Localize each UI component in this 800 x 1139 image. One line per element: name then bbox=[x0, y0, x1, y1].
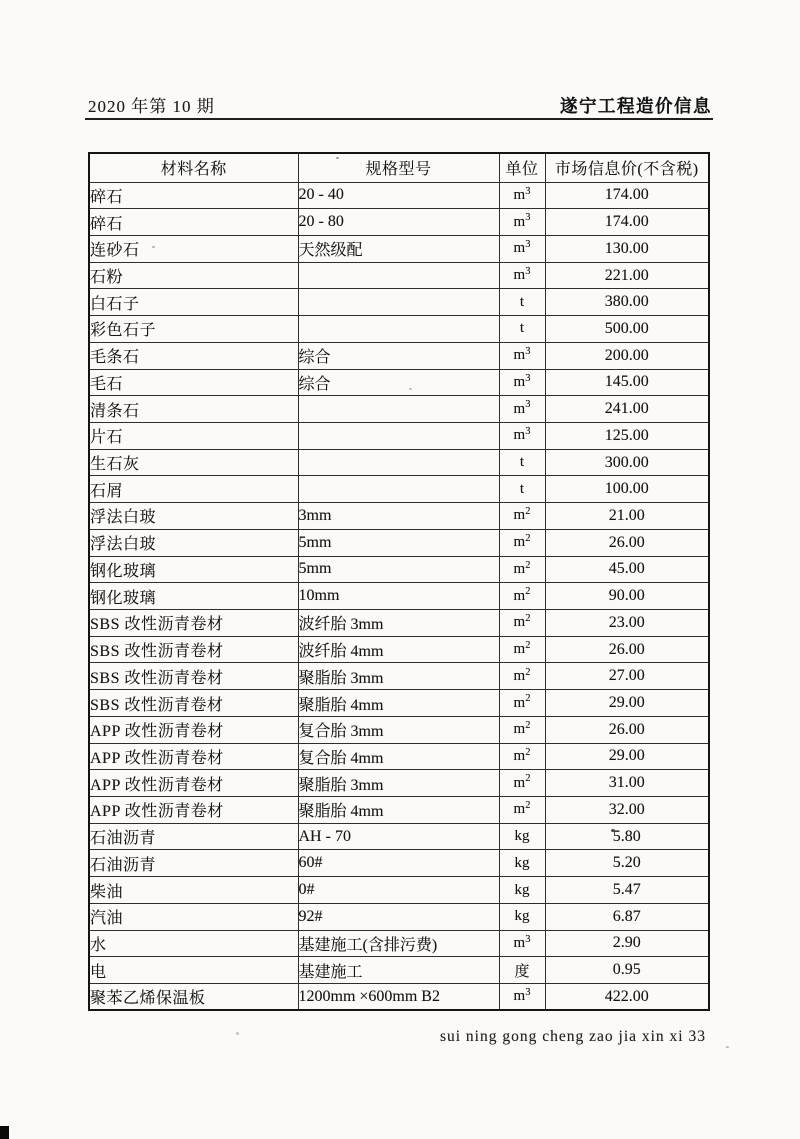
spec-cell bbox=[298, 422, 499, 449]
table-row: 连砂石天然级配m3130.00 bbox=[89, 235, 709, 262]
table-row: 生石灰t300.00 bbox=[89, 449, 709, 476]
table-row: 浮法白玻3mmm221.00 bbox=[89, 503, 709, 530]
material-name-cell: 柴油 bbox=[89, 877, 298, 904]
price-cell: 145.00 bbox=[545, 369, 709, 396]
table-row: 碎石20 - 40m3174.00 bbox=[89, 182, 709, 209]
table-row: SBS 改性沥青卷材波纤胎 3mmm223.00 bbox=[89, 610, 709, 637]
price-cell: 27.00 bbox=[545, 663, 709, 690]
spec-cell: 基建施工 bbox=[298, 957, 499, 984]
unit-cell: m3 bbox=[499, 369, 545, 396]
spec-cell: 聚脂胎 4mm bbox=[298, 797, 499, 824]
page-footer: sui ning gong cheng zao jia xin xi 33 bbox=[440, 1028, 706, 1046]
price-cell: 5.47 bbox=[545, 877, 709, 904]
price-cell: 100.00 bbox=[545, 476, 709, 503]
unit-cell: m3 bbox=[499, 209, 545, 236]
spec-cell: 5mm bbox=[298, 556, 499, 583]
table-row: 浮法白玻5mmm226.00 bbox=[89, 529, 709, 556]
table-row: 毛条石综合m3200.00 bbox=[89, 342, 709, 369]
unit-exponent: 2 bbox=[525, 747, 530, 758]
scan-speck bbox=[611, 829, 615, 832]
spec-cell: 复合胎 4mm bbox=[298, 743, 499, 770]
unit-exponent: 2 bbox=[525, 560, 530, 571]
spec-cell: 聚脂胎 4mm bbox=[298, 690, 499, 717]
material-name-cell: 白石子 bbox=[89, 289, 298, 316]
table-row: 清条石m3241.00 bbox=[89, 396, 709, 423]
spec-cell: 天然级配 bbox=[298, 235, 499, 262]
spec-cell: 聚脂胎 3mm bbox=[298, 770, 499, 797]
table-row: SBS 改性沥青卷材波纤胎 4mmm226.00 bbox=[89, 636, 709, 663]
col-header-spec: 规格型号 bbox=[298, 153, 499, 182]
material-name-cell: SBS 改性沥青卷材 bbox=[89, 690, 298, 717]
price-cell: 2.90 bbox=[545, 930, 709, 957]
unit-exponent: 2 bbox=[525, 773, 530, 784]
table-row: APP 改性沥青卷材聚脂胎 3mmm231.00 bbox=[89, 770, 709, 797]
price-cell: 5.80 bbox=[545, 823, 709, 850]
unit-cell: m2 bbox=[499, 663, 545, 690]
price-cell: 0.95 bbox=[545, 957, 709, 984]
unit-exponent: 3 bbox=[525, 239, 530, 250]
price-cell: 32.00 bbox=[545, 797, 709, 824]
table-row: 汽油92#kg6.87 bbox=[89, 903, 709, 930]
unit-exponent: 3 bbox=[525, 399, 530, 410]
scan-speck bbox=[336, 157, 339, 159]
spec-cell bbox=[298, 289, 499, 316]
material-name-cell: SBS 改性沥青卷材 bbox=[89, 636, 298, 663]
publication-title: 遂宁工程造价信息 bbox=[560, 93, 712, 118]
spec-cell: 综合 bbox=[298, 342, 499, 369]
price-cell: 241.00 bbox=[545, 396, 709, 423]
price-cell: 422.00 bbox=[545, 984, 709, 1011]
material-name-cell: 碎石 bbox=[89, 209, 298, 236]
unit-cell: m2 bbox=[499, 556, 545, 583]
unit-cell: m2 bbox=[499, 743, 545, 770]
table-row: 水基建施工(含排污费)m32.90 bbox=[89, 930, 709, 957]
unit-cell: m3 bbox=[499, 342, 545, 369]
table-row: 钢化玻璃5mmm245.00 bbox=[89, 556, 709, 583]
material-name-cell: 彩色石子 bbox=[89, 316, 298, 343]
material-name-cell: 石粉 bbox=[89, 262, 298, 289]
spec-cell bbox=[298, 449, 499, 476]
table-row: SBS 改性沥青卷材聚脂胎 3mmm227.00 bbox=[89, 663, 709, 690]
spec-cell bbox=[298, 396, 499, 423]
price-cell: 221.00 bbox=[545, 262, 709, 289]
unit-exponent: 3 bbox=[525, 373, 530, 384]
unit-cell: kg bbox=[499, 903, 545, 930]
col-header-price: 市场信息价(不含税) bbox=[545, 153, 709, 182]
unit-cell: m3 bbox=[499, 984, 545, 1011]
unit-cell: m2 bbox=[499, 797, 545, 824]
spec-cell: 5mm bbox=[298, 529, 499, 556]
table-header: 材料名称 规格型号 单位 市场信息价(不含税) bbox=[89, 153, 709, 182]
material-name-cell: SBS 改性沥青卷材 bbox=[89, 610, 298, 637]
unit-cell: m3 bbox=[499, 235, 545, 262]
unit-exponent: 3 bbox=[525, 987, 530, 998]
price-cell: 26.00 bbox=[545, 716, 709, 743]
material-name-cell: SBS 改性沥青卷材 bbox=[89, 663, 298, 690]
table-row: APP 改性沥青卷材聚脂胎 4mmm232.00 bbox=[89, 797, 709, 824]
running-head: 2020 年第 10 期 遂宁工程造价信息 bbox=[88, 92, 712, 116]
spec-cell: 综合 bbox=[298, 369, 499, 396]
material-name-cell: 片石 bbox=[89, 422, 298, 449]
unit-cell: t bbox=[499, 476, 545, 503]
material-name-cell: 水 bbox=[89, 930, 298, 957]
unit-exponent: 2 bbox=[525, 720, 530, 731]
scanner-corner-mark bbox=[0, 1126, 9, 1139]
spec-cell: 20 - 40 bbox=[298, 182, 499, 209]
scan-speck bbox=[726, 1046, 729, 1048]
spec-cell: 10mm bbox=[298, 583, 499, 610]
spec-cell: 60# bbox=[298, 850, 499, 877]
price-cell: 200.00 bbox=[545, 342, 709, 369]
material-name-cell: 毛条石 bbox=[89, 342, 298, 369]
unit-cell: m2 bbox=[499, 610, 545, 637]
table-row: 石屑t100.00 bbox=[89, 476, 709, 503]
unit-exponent: 2 bbox=[525, 533, 530, 544]
table-row: 白石子t380.00 bbox=[89, 289, 709, 316]
spec-cell: 1200mm ×600mm B2 bbox=[298, 984, 499, 1011]
spec-cell: 92# bbox=[298, 903, 499, 930]
material-name-cell: APP 改性沥青卷材 bbox=[89, 770, 298, 797]
scanned-page: 2020 年第 10 期 遂宁工程造价信息 材料名称 规格型号 单位 市场信息价… bbox=[0, 0, 800, 1139]
spec-cell: 3mm bbox=[298, 503, 499, 530]
material-name-cell: APP 改性沥青卷材 bbox=[89, 797, 298, 824]
unit-cell: m3 bbox=[499, 396, 545, 423]
material-name-cell: 连砂石 bbox=[89, 235, 298, 262]
spec-cell bbox=[298, 262, 499, 289]
price-cell: 380.00 bbox=[545, 289, 709, 316]
table-row: 碎石20 - 80m3174.00 bbox=[89, 209, 709, 236]
price-cell: 29.00 bbox=[545, 690, 709, 717]
spec-cell bbox=[298, 316, 499, 343]
price-cell: 6.87 bbox=[545, 903, 709, 930]
scan-speck bbox=[152, 246, 155, 248]
price-cell: 500.00 bbox=[545, 316, 709, 343]
spec-cell: 波纤胎 3mm bbox=[298, 610, 499, 637]
material-name-cell: 浮法白玻 bbox=[89, 503, 298, 530]
table-row: 彩色石子t500.00 bbox=[89, 316, 709, 343]
unit-cell: m2 bbox=[499, 690, 545, 717]
unit-cell: m2 bbox=[499, 716, 545, 743]
unit-cell: m3 bbox=[499, 422, 545, 449]
spec-cell: 0# bbox=[298, 877, 499, 904]
table-row: APP 改性沥青卷材复合胎 4mmm229.00 bbox=[89, 743, 709, 770]
unit-cell: t bbox=[499, 289, 545, 316]
material-name-cell: 生石灰 bbox=[89, 449, 298, 476]
unit-cell: 度 bbox=[499, 957, 545, 984]
unit-cell: kg bbox=[499, 850, 545, 877]
unit-exponent: 2 bbox=[525, 640, 530, 651]
material-name-cell: 钢化玻璃 bbox=[89, 556, 298, 583]
price-cell: 174.00 bbox=[545, 209, 709, 236]
price-cell: 130.00 bbox=[545, 235, 709, 262]
unit-cell: m2 bbox=[499, 503, 545, 530]
unit-cell: m3 bbox=[499, 930, 545, 957]
unit-exponent: 2 bbox=[525, 667, 530, 678]
spec-cell bbox=[298, 476, 499, 503]
col-header-unit: 单位 bbox=[499, 153, 545, 182]
header-rule bbox=[85, 118, 713, 120]
price-cell: 125.00 bbox=[545, 422, 709, 449]
table-header-row: 材料名称 规格型号 单位 市场信息价(不含税) bbox=[89, 153, 709, 182]
price-cell: 29.00 bbox=[545, 743, 709, 770]
unit-cell: m3 bbox=[499, 182, 545, 209]
material-name-cell: 石屑 bbox=[89, 476, 298, 503]
scan-speck bbox=[409, 388, 412, 390]
material-name-cell: 碎石 bbox=[89, 182, 298, 209]
unit-cell: kg bbox=[499, 823, 545, 850]
material-name-cell: 聚苯乙烯保温板 bbox=[89, 984, 298, 1011]
unit-exponent: 3 bbox=[525, 186, 530, 197]
table-row: 电基建施工度0.95 bbox=[89, 957, 709, 984]
price-cell: 21.00 bbox=[545, 503, 709, 530]
price-cell: 5.20 bbox=[545, 850, 709, 877]
material-name-cell: 电 bbox=[89, 957, 298, 984]
unit-cell: m2 bbox=[499, 583, 545, 610]
price-cell: 26.00 bbox=[545, 636, 709, 663]
table-row: 石油沥青AH - 70kg5.80 bbox=[89, 823, 709, 850]
scan-speck bbox=[236, 1032, 239, 1035]
table-row: 聚苯乙烯保温板1200mm ×600mm B2m3422.00 bbox=[89, 984, 709, 1011]
material-name-cell: 浮法白玻 bbox=[89, 529, 298, 556]
unit-exponent: 2 bbox=[525, 506, 530, 517]
unit-cell: kg bbox=[499, 877, 545, 904]
price-cell: 31.00 bbox=[545, 770, 709, 797]
material-name-cell: 清条石 bbox=[89, 396, 298, 423]
spec-cell: 波纤胎 4mm bbox=[298, 636, 499, 663]
material-name-cell: 石油沥青 bbox=[89, 823, 298, 850]
unit-exponent: 2 bbox=[525, 800, 530, 811]
unit-exponent: 3 bbox=[525, 212, 530, 223]
unit-cell: m3 bbox=[499, 262, 545, 289]
unit-exponent: 3 bbox=[525, 934, 530, 945]
unit-cell: t bbox=[499, 449, 545, 476]
table-row: 钢化玻璃10mmm290.00 bbox=[89, 583, 709, 610]
table-row: 毛石综合m3145.00 bbox=[89, 369, 709, 396]
price-cell: 300.00 bbox=[545, 449, 709, 476]
material-name-cell: 汽油 bbox=[89, 903, 298, 930]
material-name-cell: 石油沥青 bbox=[89, 850, 298, 877]
table-body: 碎石20 - 40m3174.00碎石20 - 80m3174.00连砂石天然级… bbox=[89, 182, 709, 1010]
material-name-cell: 毛石 bbox=[89, 369, 298, 396]
spec-cell: 20 - 80 bbox=[298, 209, 499, 236]
spec-cell: 复合胎 3mm bbox=[298, 716, 499, 743]
issue-label: 2020 年第 10 期 bbox=[88, 92, 215, 117]
price-cell: 174.00 bbox=[545, 182, 709, 209]
unit-cell: m2 bbox=[499, 529, 545, 556]
material-price-table: 材料名称 规格型号 单位 市场信息价(不含税) 碎石20 - 40m3174.0… bbox=[88, 152, 710, 1011]
spec-cell: 聚脂胎 3mm bbox=[298, 663, 499, 690]
table-row: 柴油0#kg5.47 bbox=[89, 877, 709, 904]
price-cell: 45.00 bbox=[545, 556, 709, 583]
table-row: APP 改性沥青卷材复合胎 3mmm226.00 bbox=[89, 716, 709, 743]
col-header-material-name: 材料名称 bbox=[89, 153, 298, 182]
material-name-cell: 钢化玻璃 bbox=[89, 583, 298, 610]
unit-exponent: 3 bbox=[525, 266, 530, 277]
material-name-cell: APP 改性沥青卷材 bbox=[89, 743, 298, 770]
table-row: SBS 改性沥青卷材聚脂胎 4mmm229.00 bbox=[89, 690, 709, 717]
table-row: 片石m3125.00 bbox=[89, 422, 709, 449]
price-cell: 90.00 bbox=[545, 583, 709, 610]
unit-exponent: 2 bbox=[525, 586, 530, 597]
unit-cell: m2 bbox=[499, 636, 545, 663]
unit-cell: m2 bbox=[499, 770, 545, 797]
unit-exponent: 3 bbox=[525, 426, 530, 437]
material-name-cell: APP 改性沥青卷材 bbox=[89, 716, 298, 743]
price-cell: 26.00 bbox=[545, 529, 709, 556]
spec-cell: AH - 70 bbox=[298, 823, 499, 850]
table-row: 石油沥青60#kg5.20 bbox=[89, 850, 709, 877]
price-cell: 23.00 bbox=[545, 610, 709, 637]
spec-cell: 基建施工(含排污费) bbox=[298, 930, 499, 957]
unit-cell: t bbox=[499, 316, 545, 343]
unit-exponent: 3 bbox=[525, 346, 530, 357]
unit-exponent: 2 bbox=[525, 613, 530, 624]
table-row: 石粉m3221.00 bbox=[89, 262, 709, 289]
unit-exponent: 2 bbox=[525, 693, 530, 704]
